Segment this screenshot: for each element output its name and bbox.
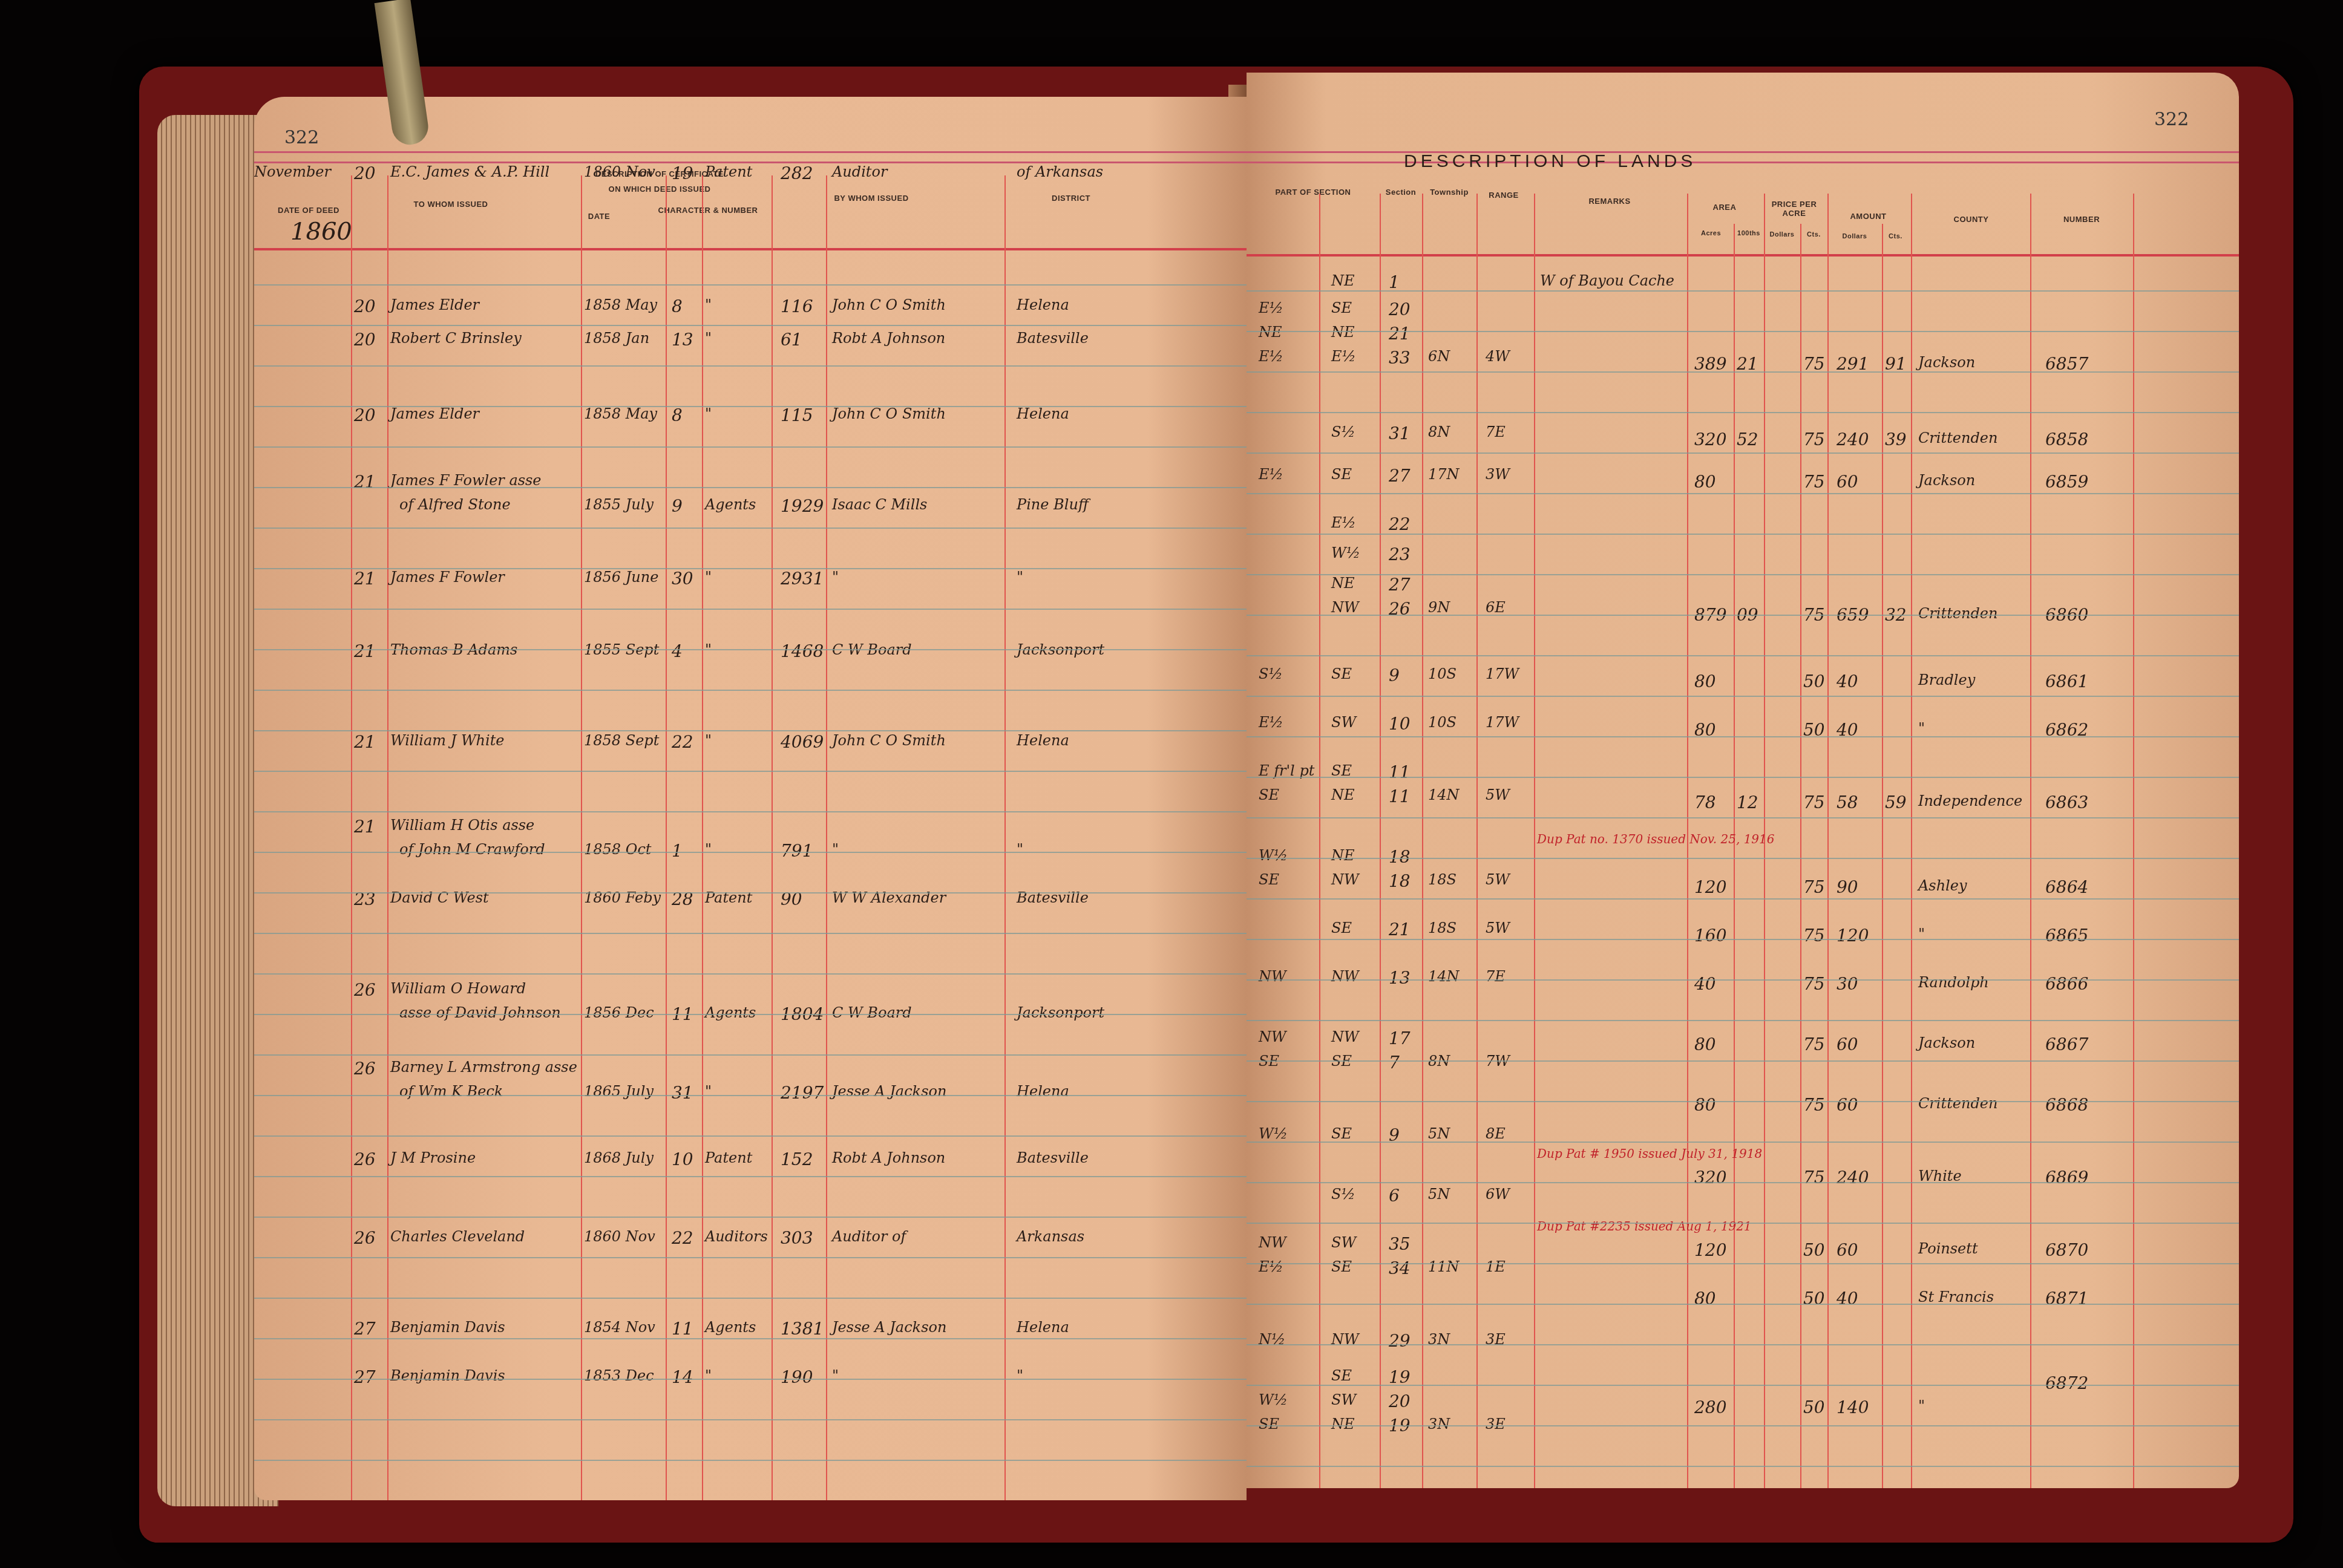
ruled-line — [254, 568, 1247, 569]
ruled-line — [1247, 858, 2239, 859]
entry-section: 9 — [1389, 665, 1400, 685]
entry-number: 303 — [781, 1228, 813, 1248]
entry-hundredths: 52 — [1737, 430, 1758, 449]
entry-cert-day: 10 — [672, 1149, 693, 1169]
entry-day: 21 — [354, 472, 376, 492]
header-cert-date: DATE — [557, 212, 641, 221]
header-district: DISTRICT — [980, 194, 1162, 203]
header-price-dollars: Dollars — [1764, 231, 1800, 238]
entry-character: Agents — [705, 496, 756, 513]
entry-cert-day: 31 — [672, 1083, 693, 1103]
ruled-line — [254, 487, 1247, 488]
ruled-line — [254, 771, 1247, 772]
entry-amount-cts: 39 — [1885, 430, 1907, 449]
entry-name: James Elder — [390, 296, 479, 313]
entry-by-whom: Auditor — [832, 163, 887, 180]
entry-township: 8N — [1428, 423, 1450, 440]
entry-quarter: S½ — [1331, 1186, 1355, 1203]
entry-day: 20 — [354, 296, 376, 316]
entry-range: 7E — [1486, 968, 1506, 985]
entry-section: 26 — [1389, 599, 1411, 619]
entry-character: " — [705, 841, 712, 858]
entry-district: " — [1017, 1367, 1023, 1384]
entry-day: 21 — [354, 641, 376, 661]
entry-amount-dollars: 120 — [1837, 926, 1869, 946]
entry-name: William O Howard — [390, 980, 526, 997]
header-amount-cts: Cts. — [1882, 233, 1909, 240]
entry-name-cont: of Wm K Beck — [399, 1083, 503, 1100]
entry-day: 26 — [354, 1149, 376, 1169]
entry-section: 20 — [1389, 1391, 1411, 1411]
ruled-line — [1247, 777, 2239, 778]
entry-section: 27 — [1389, 466, 1411, 486]
entry-day: 20 — [354, 405, 376, 425]
entry-price-cts: 75 — [1803, 1095, 1825, 1115]
entry-district: Batesville — [1017, 1149, 1089, 1166]
entry-range: 5W — [1486, 871, 1510, 888]
entry-township: 14N — [1428, 968, 1460, 985]
entry-character: Patent — [705, 163, 752, 180]
entry-county: Crittenden — [1918, 605, 1997, 622]
entry-part: W½ — [1259, 1125, 1288, 1142]
ruled-line — [254, 1460, 1247, 1461]
entry-part: NW — [1259, 968, 1286, 985]
entry-acres: 40 — [1694, 974, 1716, 994]
column-rule — [1476, 194, 1478, 1488]
ruled-line — [254, 284, 1247, 286]
entry-county: Bradley — [1918, 671, 1975, 688]
entry-county: St Francis — [1918, 1289, 1994, 1305]
entry-quarter: NE — [1331, 786, 1355, 803]
ruled-line — [1247, 493, 2239, 494]
ruled-line — [254, 933, 1247, 934]
entry-number: 6869 — [2045, 1168, 2088, 1187]
entry-character: " — [705, 1367, 712, 1384]
header-amount-dollars: Dollars — [1827, 233, 1882, 240]
entry-quarter: SW — [1331, 714, 1356, 731]
header-county: COUNTY — [1912, 215, 2030, 224]
entry-number: 6872 — [2045, 1373, 2088, 1393]
entry-name: Robert C Brinsley — [390, 330, 522, 347]
ruled-line — [1247, 1344, 2239, 1345]
entry-range: 6E — [1486, 599, 1506, 616]
column-rule — [702, 175, 703, 1500]
entry-part: E½ — [1259, 1258, 1283, 1275]
entry-quarter: NW — [1331, 1028, 1359, 1045]
entry-day: 26 — [354, 1059, 376, 1079]
entry-county: Ashley — [1918, 877, 1967, 894]
entry-section: 13 — [1389, 968, 1411, 988]
entry-county: " — [1918, 720, 1925, 737]
ruled-line — [1247, 1263, 2239, 1264]
ruled-line — [1247, 1060, 2239, 1062]
header-area: AREA — [1688, 203, 1761, 212]
year-label: 1860 — [290, 218, 352, 246]
right-page: 322 DESCRIPTION OF LANDS PART OF SECTION… — [1247, 73, 2239, 1488]
entry-county: Jackson — [1918, 354, 1975, 371]
entry-character: " — [705, 732, 712, 749]
entry-quarter: NW — [1331, 599, 1359, 616]
entry-quarter: NW — [1331, 968, 1359, 985]
ruled-line — [1247, 452, 2239, 454]
entry-amount-dollars: 30 — [1837, 974, 1858, 994]
entry-section: 11 — [1389, 762, 1411, 782]
entry-number: 6858 — [2045, 430, 2088, 449]
entry-district: Pine Bluff — [1017, 496, 1089, 513]
entry-quarter: SE — [1331, 299, 1352, 316]
entry-name: James Elder — [390, 405, 479, 422]
ruled-line — [254, 892, 1247, 893]
header-underline — [1247, 254, 2239, 256]
entry-acres: 160 — [1694, 926, 1726, 946]
entry-name: James F Fowler asse — [390, 472, 542, 489]
entry-acres: 80 — [1694, 671, 1716, 691]
entry-quarter: E½ — [1331, 348, 1356, 365]
entry-county: Crittenden — [1918, 1095, 1997, 1112]
entry-month: November — [254, 163, 331, 180]
entry-part: E½ — [1259, 299, 1283, 316]
entry-township: 14N — [1428, 786, 1460, 803]
entry-section: 1 — [1389, 272, 1400, 292]
entry-number: 6864 — [2045, 877, 2088, 897]
entry-price-cts: 75 — [1803, 430, 1825, 449]
ruled-line — [1247, 1020, 2239, 1021]
entry-day: 21 — [354, 569, 376, 589]
entry-number: 282 — [781, 163, 813, 183]
entry-name: E.C. James & A.P. Hill — [390, 163, 549, 180]
entry-section: 6 — [1389, 1186, 1400, 1206]
entry-range: 6W — [1486, 1186, 1510, 1203]
entry-cert-date: 1858 Jan — [584, 330, 649, 347]
ruled-line — [254, 730, 1247, 731]
entry-township: 6N — [1428, 348, 1450, 365]
entry-section: 23 — [1389, 544, 1411, 564]
entry-district: Helena — [1017, 296, 1069, 313]
entry-range: 8E — [1486, 1125, 1506, 1142]
entry-amount-dollars: 60 — [1837, 1095, 1858, 1115]
entry-name-cont: of Alfred Stone — [399, 496, 511, 513]
column-rule — [1800, 224, 1801, 1488]
entry-acres: 120 — [1694, 1240, 1726, 1260]
entry-cert-date: 1860 Nov — [584, 163, 655, 180]
header-hundredths: 100ths — [1734, 230, 1764, 237]
entry-part: SE — [1259, 871, 1279, 888]
entry-part: W½ — [1259, 847, 1288, 864]
ruled-line — [1247, 371, 2239, 373]
entry-day: 21 — [354, 817, 376, 837]
entry-district: Jacksonport — [1017, 1004, 1104, 1021]
entry-cert-date: 1858 May — [584, 405, 657, 422]
entry-part: NW — [1259, 1028, 1286, 1045]
entry-cert-date: 1860 Nov — [584, 1228, 655, 1245]
entry-acres: 80 — [1694, 1289, 1716, 1308]
entry-quarter: S½ — [1331, 423, 1355, 440]
ruled-line — [1247, 331, 2239, 332]
entry-day: 20 — [354, 163, 376, 183]
entry-number: 6859 — [2045, 472, 2088, 492]
entry-number: 6863 — [2045, 792, 2088, 812]
entry-county: " — [1918, 1397, 1925, 1414]
entry-by-whom: " — [832, 1367, 839, 1384]
entry-range: 3E — [1486, 1416, 1506, 1432]
ruled-line — [254, 1257, 1247, 1258]
entry-price-cts: 75 — [1803, 877, 1825, 897]
entry-day: 21 — [354, 732, 376, 752]
entry-name: James F Fowler — [390, 569, 505, 586]
entry-cert-date: 1853 Dec — [584, 1367, 654, 1384]
entry-name-cont: of John M Crawford — [399, 841, 545, 858]
entry-acres: 80 — [1694, 472, 1716, 492]
entry-by-whom: Robt A Johnson — [832, 330, 945, 347]
entry-number: 152 — [781, 1149, 813, 1169]
entry-name: Benjamin Davis — [390, 1367, 505, 1384]
entry-section: 7 — [1389, 1053, 1400, 1073]
entry-township: 18S — [1428, 871, 1457, 888]
ruled-line — [1247, 534, 2239, 535]
ruled-line — [1247, 574, 2239, 575]
ruled-line — [1247, 939, 2239, 940]
entry-number: 4069 — [781, 732, 824, 752]
entry-number: 6871 — [2045, 1289, 2088, 1308]
entry-district: Helena — [1017, 732, 1069, 749]
entry-section: 31 — [1389, 423, 1411, 443]
ruled-line — [254, 406, 1247, 407]
ruled-line — [1247, 1182, 2239, 1183]
entry-remarks: W of Bayou Cache — [1540, 272, 1674, 289]
entry-county: Randolph — [1918, 974, 1989, 991]
ruled-line — [254, 446, 1247, 448]
column-rule — [1380, 194, 1381, 1488]
entry-cert-day: 22 — [672, 1228, 693, 1248]
entry-price-cts: 75 — [1803, 1034, 1825, 1054]
entry-number: 1468 — [781, 641, 824, 661]
entry-acres: 78 — [1694, 792, 1716, 812]
header-part-of-section: PART OF SECTION — [1253, 188, 1374, 197]
entry-district: Arkansas — [1017, 1228, 1084, 1245]
entry-acres: 320 — [1694, 430, 1726, 449]
entry-district: Helena — [1017, 1319, 1069, 1336]
entry-by-whom: " — [832, 569, 839, 586]
entry-acres: 120 — [1694, 877, 1726, 897]
entry-cert-date: 1858 Sept — [584, 732, 659, 749]
entry-character: Patent — [705, 1149, 752, 1166]
entry-township: 10S — [1428, 714, 1457, 731]
header-amount: AMOUNT — [1827, 212, 1909, 221]
entry-township: 17N — [1428, 466, 1460, 483]
ruled-line — [1247, 290, 2239, 292]
entry-county: Independence — [1918, 792, 2022, 809]
entry-part: SE — [1259, 786, 1279, 803]
entry-township: 5N — [1428, 1186, 1450, 1203]
header-to-whom-issued: TO WHOM ISSUED — [357, 200, 545, 209]
entry-district: " — [1017, 569, 1023, 586]
column-rule — [1882, 224, 1883, 1488]
ruled-line — [1247, 1304, 2239, 1305]
header-section: Section — [1380, 188, 1422, 197]
ruled-line — [1247, 655, 2239, 656]
header-underline — [254, 248, 1247, 250]
entry-amount-dollars: 60 — [1837, 1034, 1858, 1054]
entry-county: Jackson — [1918, 1034, 1975, 1051]
entry-number: 6866 — [2045, 974, 2088, 994]
entry-remarks-annotation: Dup Pat # 1950 issued July 31, 1918 — [1537, 1146, 1762, 1161]
page-number: 322 — [284, 127, 319, 148]
ruled-line — [254, 1176, 1247, 1177]
entry-character: Agents — [705, 1319, 756, 1336]
entry-character: " — [705, 569, 712, 586]
entry-by-whom: Jesse A Jackson — [832, 1083, 946, 1100]
entry-part: SE — [1259, 1416, 1279, 1432]
ruled-line — [1247, 1466, 2239, 1467]
section-title: DESCRIPTION OF LANDS — [1404, 151, 1696, 172]
column-rule — [1734, 224, 1735, 1488]
entry-range: 5W — [1486, 786, 1510, 803]
entry-price-cts: 50 — [1803, 671, 1825, 691]
ruled-line — [254, 1338, 1247, 1339]
entry-number: 6870 — [2045, 1240, 2088, 1260]
ruled-line — [254, 811, 1247, 812]
entry-by-whom: Robt A Johnson — [832, 1149, 945, 1166]
page-number: 322 — [2154, 109, 2189, 130]
left-page: 322 DATE OF DEED TO WHOM ISSUED DESCRIPT… — [254, 97, 1247, 1500]
entry-part: E½ — [1259, 714, 1283, 731]
entry-section: 27 — [1389, 575, 1411, 595]
ruled-line — [1247, 736, 2239, 737]
entry-range: 1E — [1486, 1258, 1506, 1275]
entry-amount-dollars: 90 — [1837, 877, 1858, 897]
entry-amount-dollars: 240 — [1837, 430, 1869, 449]
entry-day: 27 — [354, 1319, 376, 1339]
entry-district: Helena — [1017, 1083, 1069, 1100]
entry-character: Auditors — [705, 1228, 768, 1245]
entry-remarks-annotation: Dup Pat #2235 issued Aug 1, 1921 — [1537, 1219, 1752, 1233]
entry-day: 20 — [354, 330, 376, 350]
entry-district: of Arkansas — [1017, 163, 1103, 180]
entry-cert-date: 1858 May — [584, 296, 657, 313]
entry-cert-day: 11 — [672, 1319, 693, 1339]
header-by-whom-issued: BY WHOM ISSUED — [781, 194, 962, 203]
entry-number: 1929 — [781, 496, 824, 516]
entry-section: 18 — [1389, 871, 1411, 891]
column-rule — [772, 175, 773, 1500]
entry-amount-cts: 59 — [1885, 792, 1907, 812]
ruled-line — [1247, 696, 2239, 697]
entry-number: 791 — [781, 841, 813, 861]
entry-price-cts: 75 — [1803, 472, 1825, 492]
entry-quarter: SW — [1331, 1391, 1356, 1408]
ruled-line — [254, 609, 1247, 610]
entry-cert-day: 8 — [672, 296, 683, 316]
entry-cert-day: 14 — [672, 1367, 693, 1387]
entry-number: 6861 — [2045, 671, 2088, 691]
entry-number: 6865 — [2045, 926, 2088, 946]
entry-character: " — [705, 1083, 712, 1100]
entry-cert-date: 1854 Nov — [584, 1319, 655, 1336]
entry-price-cts: 75 — [1803, 974, 1825, 994]
ruled-line — [254, 1095, 1247, 1096]
ruled-line — [254, 973, 1247, 975]
entry-section: 17 — [1389, 1028, 1411, 1048]
ruled-line — [254, 1054, 1247, 1056]
column-rule — [1319, 194, 1320, 1488]
ruled-line — [254, 528, 1247, 529]
entry-price-cts: 50 — [1803, 1397, 1825, 1417]
ruled-line — [254, 1014, 1247, 1015]
ruled-line — [1247, 412, 2239, 413]
entry-section: 18 — [1389, 847, 1411, 867]
ruled-line — [254, 1135, 1247, 1137]
entry-range: 17W — [1486, 665, 1519, 682]
entry-day: 27 — [354, 1367, 376, 1387]
entry-district: " — [1017, 841, 1023, 858]
entry-hundredths: 12 — [1737, 792, 1758, 812]
entry-section: 20 — [1389, 299, 1411, 319]
entry-quarter: SE — [1331, 466, 1352, 483]
column-rule — [666, 175, 667, 1500]
ruled-line — [1247, 898, 2239, 900]
ruled-line — [1247, 1142, 2239, 1143]
entry-part: S½ — [1259, 665, 1283, 682]
entry-range: 7E — [1486, 423, 1506, 440]
ruled-line — [1247, 817, 2239, 818]
ruled-line — [254, 690, 1247, 691]
entry-acres: 80 — [1694, 1034, 1716, 1054]
entry-quarter: SE — [1331, 665, 1352, 682]
entry-part: E½ — [1259, 466, 1283, 483]
column-rule — [581, 175, 582, 1500]
entry-section: 29 — [1389, 1331, 1411, 1351]
entry-by-whom: " — [832, 841, 839, 858]
header-price-per-acre: PRICE PER ACRE — [1764, 200, 1824, 218]
entry-number: 61 — [781, 330, 802, 350]
entry-price-cts: 75 — [1803, 792, 1825, 812]
column-rule — [387, 175, 388, 1500]
entry-cert-date: 1856 June — [584, 569, 658, 586]
entry-acres: 280 — [1694, 1397, 1726, 1417]
entry-township: 9N — [1428, 599, 1450, 616]
entry-cert-day: 30 — [672, 569, 693, 589]
entry-district: Helena — [1017, 405, 1069, 422]
entry-quarter: W½ — [1331, 544, 1360, 561]
entry-cert-day: 19 — [672, 163, 693, 183]
entry-quarter: NE — [1331, 847, 1355, 864]
entry-character: " — [705, 296, 712, 313]
entry-name: Barney L Armstrong asse — [390, 1059, 577, 1076]
entry-number: 115 — [781, 405, 813, 425]
entry-remarks-annotation: Dup Pat no. 1370 issued Nov. 25, 1916 — [1537, 832, 1775, 846]
header-band — [1247, 151, 2239, 163]
entry-number: 2931 — [781, 569, 824, 589]
ruled-line — [1247, 1385, 2239, 1386]
entry-quarter: SE — [1331, 1125, 1352, 1142]
entry-county: Jackson — [1918, 472, 1975, 489]
ruled-line — [254, 1217, 1247, 1218]
entry-section: 21 — [1389, 920, 1411, 939]
entry-quarter: NW — [1331, 871, 1359, 888]
header-certificate-group-2: ON WHICH DEED ISSUED — [557, 185, 762, 194]
entry-amount-dollars: 58 — [1837, 792, 1858, 812]
entry-price-cts: 75 — [1803, 1168, 1825, 1187]
ruled-line — [254, 1379, 1247, 1380]
entry-number: 2197 — [781, 1083, 824, 1103]
entry-township: 5N — [1428, 1125, 1450, 1142]
entry-amount-dollars: 60 — [1837, 1240, 1858, 1260]
entry-amount-dollars: 40 — [1837, 1289, 1858, 1308]
entry-township: 10S — [1428, 665, 1457, 682]
entry-number: 116 — [781, 296, 813, 316]
column-rule — [2030, 194, 2031, 1488]
entry-section: 35 — [1389, 1234, 1411, 1254]
